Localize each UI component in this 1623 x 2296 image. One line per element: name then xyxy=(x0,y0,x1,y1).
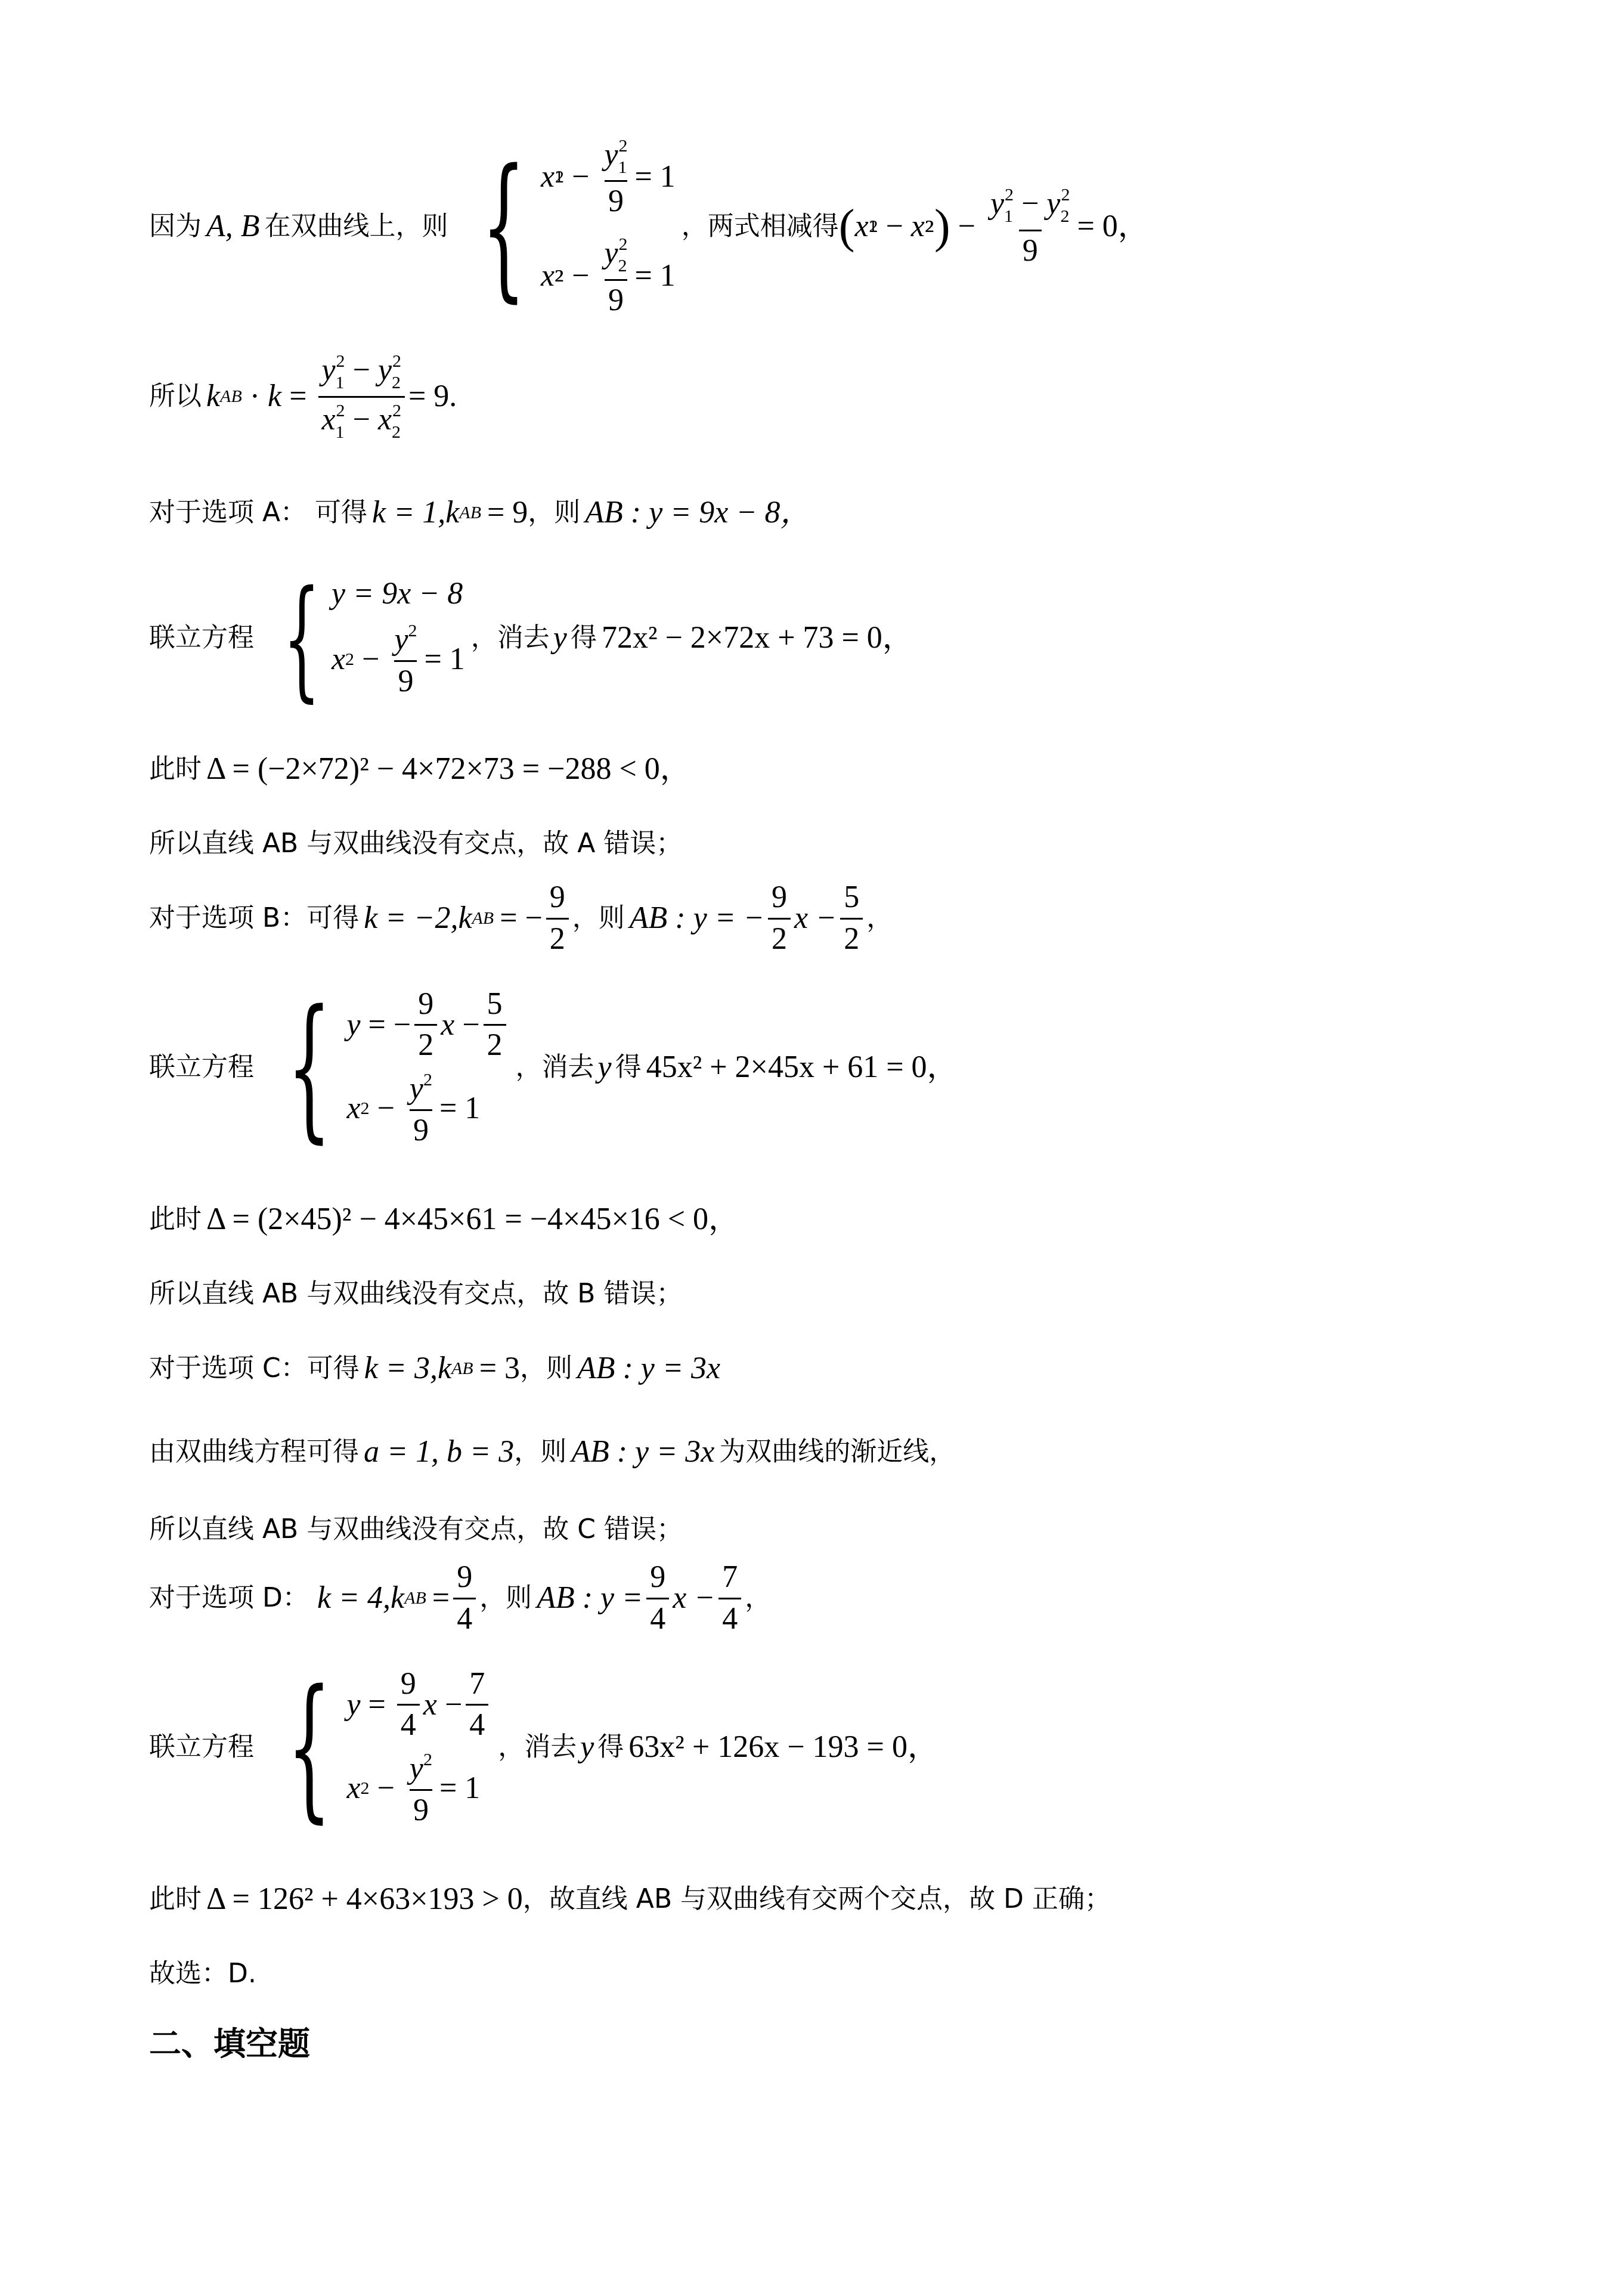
line-option-a-intro: 对于选项 A： 可得 k = 1, kAB = 9 ，则 AB : y = 9x… xyxy=(149,495,811,531)
line-option-c-asymptote: 由双曲线方程可得 a = 1, b = 3 ，则 AB : y = 3x 为双曲… xyxy=(149,1434,955,1470)
line-option-a-conclusion: 所以直线 AB 与双曲线没有交点，故 A 错误； xyxy=(149,826,682,862)
line-option-d-system: 联立方程 { y = 94x −74 x2 − y29= 1 ，消去 y 得 6… xyxy=(149,1658,939,1837)
text-therefore: 所以 xyxy=(149,383,202,410)
difference-equation: ( x12 − x22 ) − y12 − y229 = 0， xyxy=(839,185,1149,267)
points-ab: A, B xyxy=(206,211,260,242)
text-on-hyperbola: 在双曲线上，则 xyxy=(265,213,448,240)
line-option-b-conclusion: 所以直线 AB 与双曲线没有交点，故 B 错误； xyxy=(149,1276,682,1312)
section-heading-fill-in-blank: 二、填空题 xyxy=(149,2019,310,2065)
line-answer: 故选：D. xyxy=(149,1956,256,1992)
left-brace-icon: { xyxy=(287,990,331,1145)
line-option-a-delta: 此时 Δ = (−2×72)² − 4×72×73 = −288 < 0， xyxy=(149,748,691,790)
system-row-2: x22 − y229 = 1 xyxy=(541,235,676,317)
equation-system-ab: { x12 − y129 = 1 x22 − y229 = 1 xyxy=(454,137,676,317)
line-option-b-intro: 对于选项 B：可得 k = −2, kAB = − 92 ，则 AB : y =… xyxy=(149,880,893,957)
line-option-b-system: 联立方程 { y = −92x −52 x2 − y29= 1 ，消去 y 得 … xyxy=(149,978,958,1157)
line-option-b-delta: 此时 Δ = (2×45)² − 4×45×61 = −4×45×16 < 0， xyxy=(149,1199,739,1240)
line-option-c-conclusion: 所以直线 AB 与双曲线没有交点，故 C 错误； xyxy=(149,1512,683,1548)
line-hyperbola-points: 因为 A, B 在双曲线上，则 { x12 − y129 = 1 x22 − y… xyxy=(149,128,1149,325)
system-row-1: x12 − y129 = 1 xyxy=(541,137,676,218)
left-brace-icon: { xyxy=(481,149,525,304)
line-option-d-intro: 对于选项 D： k = 4, kAB = 94 ，则 AB : y = 94 x… xyxy=(149,1559,771,1637)
equation-system-a: { y = 9x − 8 x2 − y29= 1 xyxy=(260,573,465,704)
line-slope-product: 所以 kAB · k = y12 − y22x12 − x22 = 9. xyxy=(149,358,457,435)
slope-product-equation: kAB · k = y12 − y22x12 − x22 = 9. xyxy=(206,352,457,441)
line-option-c-intro: 对于选项 C：可得 k = 3, kAB = 3 ，则 AB : y = 3x xyxy=(149,1351,720,1387)
text-subtract: ，两式相减得 xyxy=(682,213,839,240)
line-option-d-delta: 此时 Δ = 126² + 4×63×193 > 0 ，故直线 AB 与双曲线有… xyxy=(149,1879,1111,1920)
line-option-a-system: 联立方程 { y = 9x − 8 x2 − y29= 1 ，消去 y 得 72… xyxy=(149,573,913,704)
left-brace-icon: { xyxy=(287,1670,331,1825)
equation-system-d: { y = 94x −74 x2 − y29= 1 xyxy=(260,1668,492,1827)
left-brace-icon: { xyxy=(283,573,320,704)
text-because: 因为 xyxy=(149,213,202,240)
equation-system-b: { y = −92x −52 x2 − y29= 1 xyxy=(260,988,510,1147)
